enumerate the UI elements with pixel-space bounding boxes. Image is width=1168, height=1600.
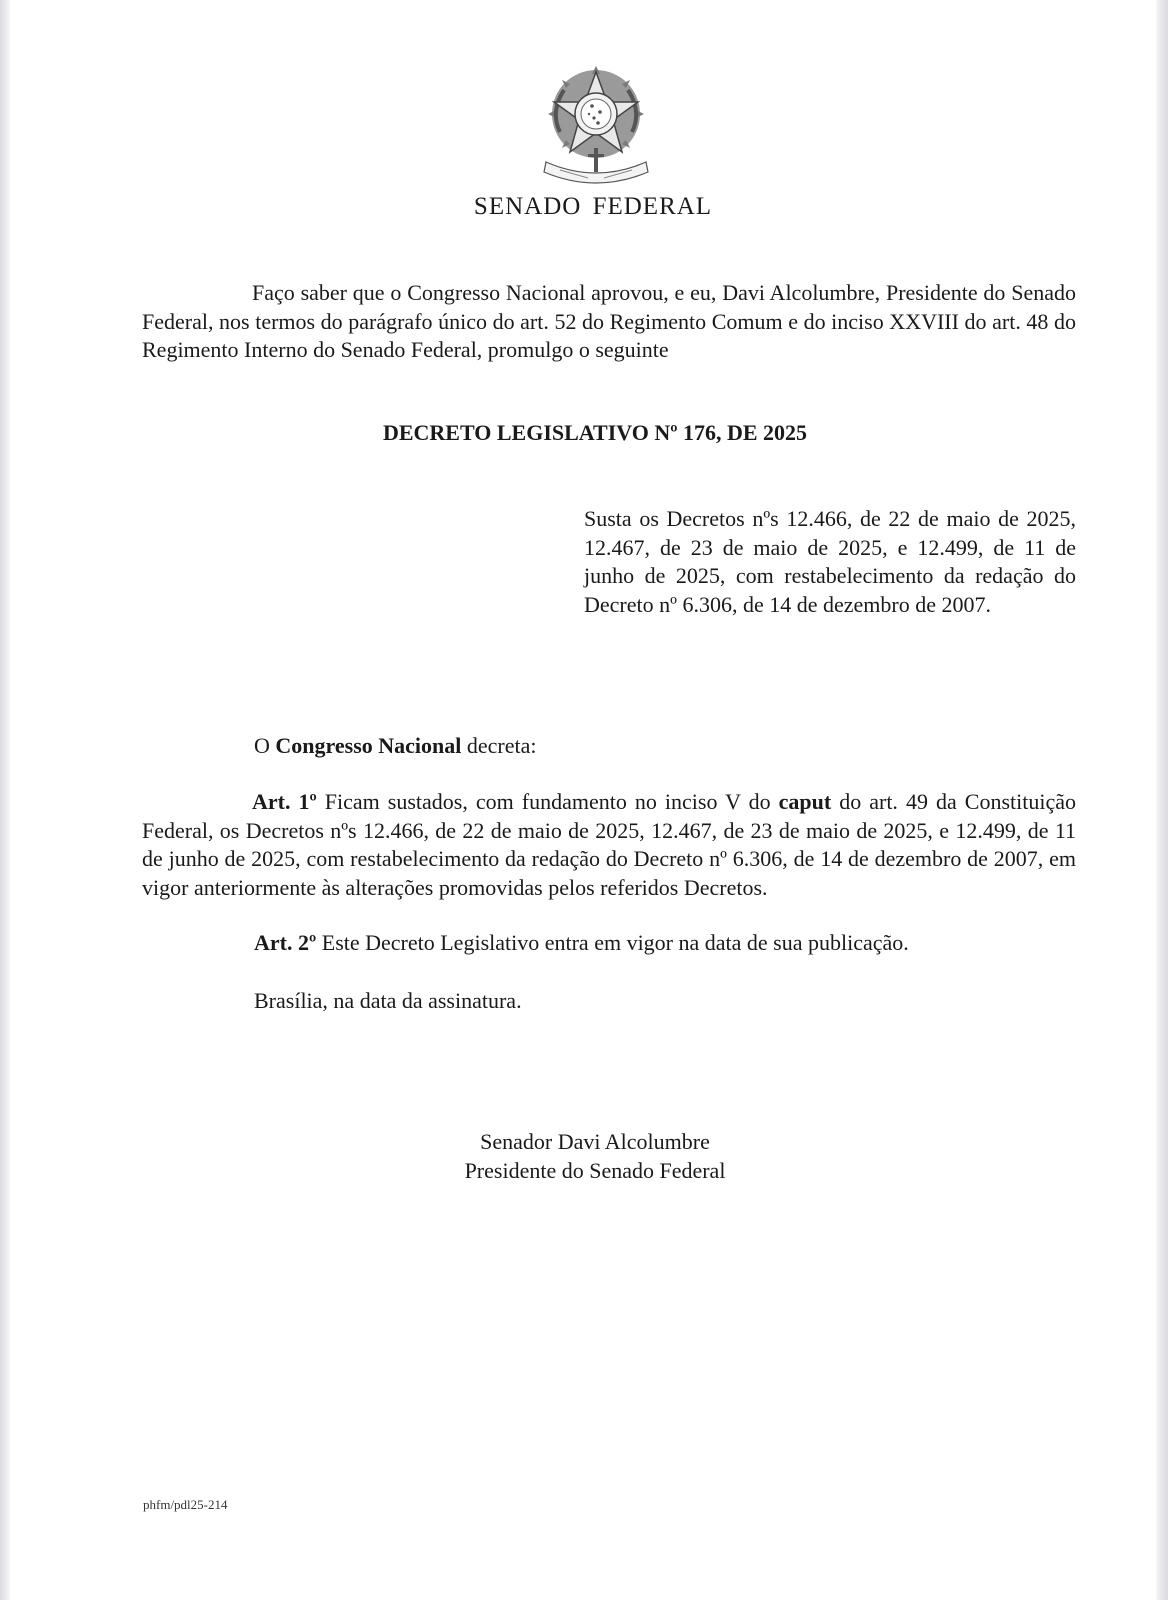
decree-title: DECRETO LEGISLATIVO Nº 176, DE 2025 — [0, 420, 1168, 446]
preamble-bold: Congresso Nacional — [275, 733, 461, 758]
signatory-title: Presidente do Senado Federal — [22, 1156, 1168, 1185]
institution-name: SENADO FEDERAL — [0, 193, 1168, 221]
signature-block: Senador Davi Alcolumbre Presidente do Se… — [0, 1127, 1168, 1185]
preamble-suffix: decreta: — [461, 733, 536, 758]
document-reference: phfm/pdl25-214 — [143, 1497, 228, 1513]
place-date: Brasília, na data da assinatura. — [254, 988, 522, 1014]
article-2-label: Art. 2º — [254, 930, 316, 955]
preamble-prefix: O — [254, 733, 275, 758]
signatory-name: Senador Davi Alcolumbre — [22, 1127, 1168, 1156]
article-1-text-before: Ficam sustados, com fundamento no inciso… — [317, 789, 779, 814]
article-1-bold-term: caput — [779, 789, 832, 814]
preamble: O Congresso Nacional decreta: — [254, 733, 537, 759]
article-1: Art. 1º Ficam sustados, com fundamento n… — [142, 788, 1076, 902]
page-right-edge — [1156, 0, 1168, 1600]
page-left-edge — [0, 0, 10, 1600]
article-2: Art. 2º Este Decreto Legislativo entra e… — [254, 930, 909, 956]
brazil-coat-of-arms-icon — [540, 62, 652, 190]
article-2-text: Este Decreto Legislativo entra em vigor … — [316, 930, 909, 955]
promulgation-intro: Faço saber que o Congresso Nacional apro… — [142, 279, 1076, 365]
article-1-label: Art. 1º — [252, 789, 317, 814]
decree-ementa: Susta os Decretos nºs 12.466, de 22 de m… — [584, 505, 1076, 619]
